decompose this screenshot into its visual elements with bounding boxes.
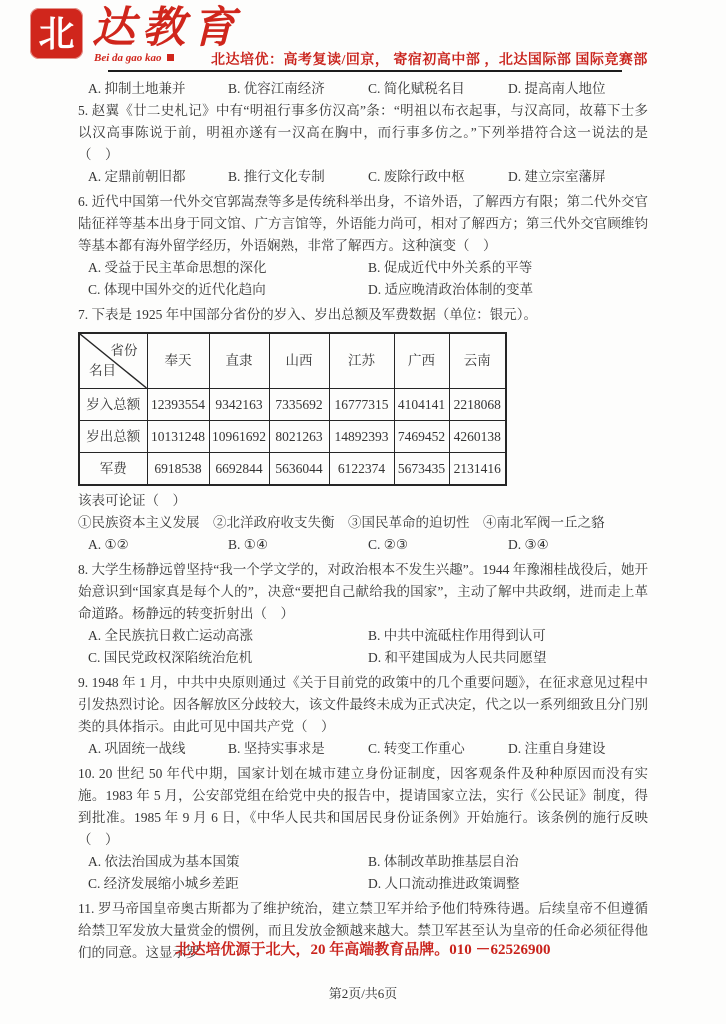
col-header: 江苏 xyxy=(329,333,394,389)
question-6-stem: 6. 近代中国第一代外交官郭嵩焘等多是传统科举出身，不谙外语，了解西方有限；第二… xyxy=(78,191,648,257)
footer-years: 20 xyxy=(310,942,325,958)
logo-seal-icon: 北 xyxy=(30,8,83,59)
question-5-options: A. 定鼎前朝旧都 B. 推行文化专制 C. 废除行政中枢 D. 建立宗室藩屏 xyxy=(78,166,648,188)
option-c: C. 体现中国外交的近代化趋向 xyxy=(88,279,368,301)
option-d: D. 建立宗室藩屏 xyxy=(508,166,648,188)
option-b: B. 优容江南经济 xyxy=(228,78,368,100)
col-header: 山西 xyxy=(269,333,329,389)
question-8-stem: 8. 大学生杨静远曾坚持“我一个学文学的，对政治根本不发生兴趣”。1944 年豫… xyxy=(78,559,648,625)
question-10-options: A. 依法治国成为基本国策 B. 体制改革助推基层自治 C. 经济发展缩小城乡差… xyxy=(78,851,648,895)
question-5: 5. 赵翼《廿二史札记》中有“明祖行事多仿汉高”条：“明祖以布衣起事，与汉高同，… xyxy=(78,100,648,188)
question-9-options: A. 巩固统一战线 B. 坚持实事求是 C. 转变工作重心 D. 注重自身建设 xyxy=(78,738,648,760)
question-7: 7. 下表是 1925 年中国部分省份的岁入、岁出总额及军费数据（单位：银元）。… xyxy=(78,304,648,556)
cell: 4260138 xyxy=(449,421,506,453)
question-5-stem: 5. 赵翼《廿二史札记》中有“明祖行事多仿汉高”条：“明祖以布衣起事，与汉高同，… xyxy=(78,100,648,166)
option-d: D. 人口流动推进政策调整 xyxy=(368,873,648,895)
question-8: 8. 大学生杨静远曾坚持“我一个学文学的，对政治根本不发生兴趣”。1944 年豫… xyxy=(78,559,648,669)
footer-phone: 010 －62526900 xyxy=(449,942,550,958)
cell: 2131416 xyxy=(449,453,506,486)
question-6-options: A. 受益于民主革命思想的深化 B. 促成近代中外关系的平等 C. 体现中国外交… xyxy=(78,257,648,301)
corner-label-item: 名目 xyxy=(89,360,116,382)
option-c: C. 简化赋税名目 xyxy=(368,78,508,100)
option-d: D. ③④ xyxy=(508,534,648,556)
option-a: A. 全民族抗日救亡运动高涨 xyxy=(88,625,368,647)
question-4-options: A. 抑制土地兼并 B. 优容江南经济 C. 简化赋税名目 D. 提高南人地位 xyxy=(78,78,648,100)
row-label: 岁出总额 xyxy=(79,421,147,453)
question-7-prompt: 该表可论证（ ） xyxy=(78,490,648,512)
question-8-options: A. 全民族抗日救亡运动高涨 B. 中共中流砥柱作用得到认可 C. 国民党政权深… xyxy=(78,625,648,669)
cell: 14892393 xyxy=(329,421,394,453)
table-row: 岁出总额 10131248 10961692 8021263 14892393 … xyxy=(79,421,506,453)
option-b: B. 促成近代中外关系的平等 xyxy=(368,257,648,279)
cell: 6692844 xyxy=(209,453,269,486)
footer-slogan: 北达培优源于北大，20 年高端教育品牌。010 －62526900 xyxy=(0,938,726,959)
option-d: D. 注重自身建设 xyxy=(508,738,648,760)
cell: 16777315 xyxy=(329,389,394,421)
question-10-stem: 10. 20 世纪 50 年代中期，国家计划在城市建立身份证制度，因客观条件及种… xyxy=(78,763,648,851)
row-label: 军费 xyxy=(79,453,147,486)
option-b: B. ①④ xyxy=(228,534,368,556)
corner-label-province: 省份 xyxy=(111,340,138,362)
logo-brand-text: 达教育 xyxy=(92,6,242,52)
option-c: C. 转变工作重心 xyxy=(368,738,508,760)
option-c: C. 国民党政权深陷统治危机 xyxy=(88,647,368,669)
exam-page: 北 达教育 Bei da gao kao 北达培优：高考复读/回京， 寄宿初高中… xyxy=(0,0,726,1024)
cell: 10961692 xyxy=(209,421,269,453)
option-b: B. 中共中流砥柱作用得到认可 xyxy=(368,625,648,647)
option-d: D. 提高南人地位 xyxy=(508,78,648,100)
option-a: A. 抑制土地兼并 xyxy=(88,78,228,100)
header-divider xyxy=(108,70,622,72)
option-b: B. 推行文化专制 xyxy=(228,166,368,188)
question-7-suboptions: ①民族资本主义发展 ②北洋政府收支失衡 ③国民革命的迫切性 ④南北军阀一丘之貉 xyxy=(78,512,648,534)
logo-subtitle: Bei da gao kao xyxy=(94,52,174,64)
option-a: A. 巩固统一战线 xyxy=(88,738,228,760)
cell: 10131248 xyxy=(147,421,209,453)
table-row: 军费 6918538 6692844 5636044 6122374 56734… xyxy=(79,453,506,486)
page-header: 北 达教育 Bei da gao kao 北达培优：高考复读/回京， 寄宿初高中… xyxy=(0,0,726,76)
table-corner-cell: 省份 名目 xyxy=(79,333,147,389)
question-9-stem: 9. 1948 年 1 月，中共中央原则通过《关于目前党的政策中的几个重要问题》… xyxy=(78,672,648,738)
footer-text: 年高端教育品牌。 xyxy=(325,942,449,958)
question-10: 10. 20 世纪 50 年代中期，国家计划在城市建立身份证制度，因客观条件及种… xyxy=(78,763,648,895)
col-header: 云南 xyxy=(449,333,506,389)
col-header: 直隶 xyxy=(209,333,269,389)
cell: 12393554 xyxy=(147,389,209,421)
cell: 2218068 xyxy=(449,389,506,421)
page-number: 第2页/共6页 xyxy=(0,983,726,1002)
question-9: 9. 1948 年 1 月，中共中央原则通过《关于目前党的政策中的几个重要问题》… xyxy=(78,672,648,760)
province-finance-table: 省份 名目 奉天 直隶 山西 江苏 广西 云南 岁入总额 12393554 93… xyxy=(78,332,507,486)
option-b: B. 坚持实事求是 xyxy=(228,738,368,760)
cell: 7335692 xyxy=(269,389,329,421)
option-a: A. ①② xyxy=(88,534,228,556)
col-header: 广西 xyxy=(394,333,449,389)
exam-content: A. 抑制土地兼并 B. 优容江南经济 C. 简化赋税名目 D. 提高南人地位 … xyxy=(78,78,648,967)
option-d: D. 适应晚清政治体制的变革 xyxy=(368,279,648,301)
cell: 4104141 xyxy=(394,389,449,421)
option-a: A. 依法治国成为基本国策 xyxy=(88,851,368,873)
option-c: C. 废除行政中枢 xyxy=(368,166,508,188)
header-slogan: 北达培优：高考复读/回京， 寄宿初高中部 ，北达国际部 国际竞赛部 xyxy=(211,49,648,69)
cell: 8021263 xyxy=(269,421,329,453)
cell: 6918538 xyxy=(147,453,209,486)
cell: 6122374 xyxy=(329,453,394,486)
logo-square-icon xyxy=(167,54,174,61)
cell: 5673435 xyxy=(394,453,449,486)
col-header: 奉天 xyxy=(147,333,209,389)
option-a: A. 定鼎前朝旧都 xyxy=(88,166,228,188)
question-7-options: A. ①② B. ①④ C. ②③ D. ③④ xyxy=(78,534,648,556)
option-d: D. 和平建国成为人民共同愿望 xyxy=(368,647,648,669)
option-c: C. 经济发展缩小城乡差距 xyxy=(88,873,368,895)
table-header-row: 省份 名目 奉天 直隶 山西 江苏 广西 云南 xyxy=(79,333,506,389)
question-7-stem: 7. 下表是 1925 年中国部分省份的岁入、岁出总额及军费数据（单位：银元）。 xyxy=(78,304,648,326)
footer-text: 北达培优源于北大， xyxy=(175,942,310,958)
table-row: 岁入总额 12393554 9342163 7335692 16777315 4… xyxy=(79,389,506,421)
row-label: 岁入总额 xyxy=(79,389,147,421)
cell: 5636044 xyxy=(269,453,329,486)
option-c: C. ②③ xyxy=(368,534,508,556)
cell: 9342163 xyxy=(209,389,269,421)
cell: 7469452 xyxy=(394,421,449,453)
option-a: A. 受益于民主革命思想的深化 xyxy=(88,257,368,279)
question-6: 6. 近代中国第一代外交官郭嵩焘等多是传统科举出身，不谙外语，了解西方有限；第二… xyxy=(78,191,648,301)
option-b: B. 体制改革助推基层自治 xyxy=(368,851,648,873)
logo-subtitle-text: Bei da gao kao xyxy=(94,52,162,64)
